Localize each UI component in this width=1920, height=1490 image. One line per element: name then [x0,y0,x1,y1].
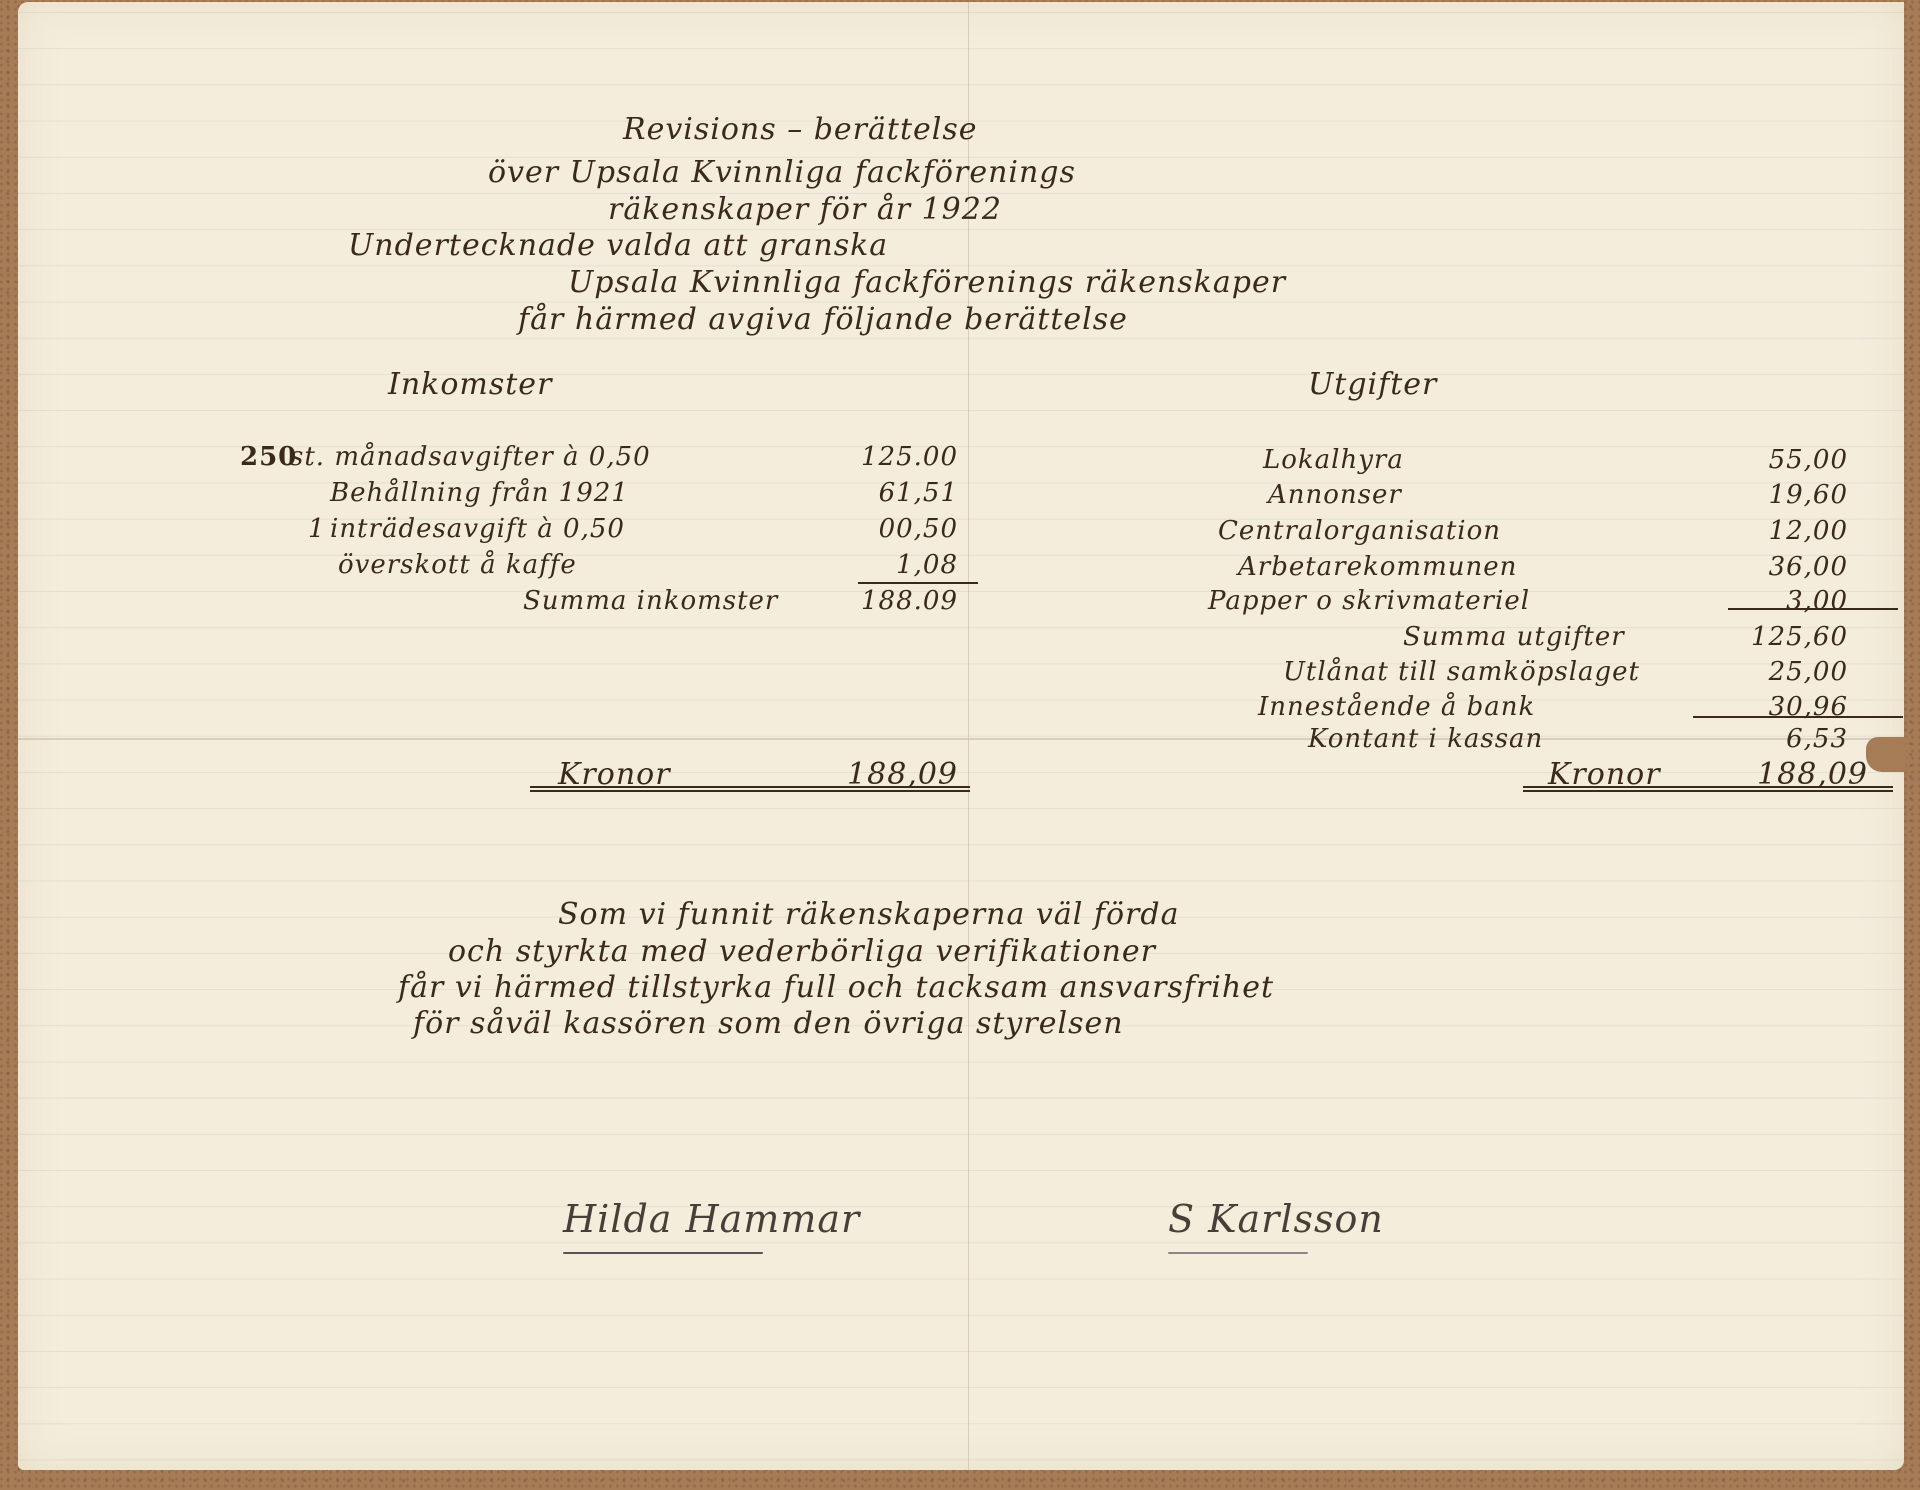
expense-label-1: Annonser [1268,480,1402,510]
expense-amount-4: 3,00 [1708,586,1848,616]
closing-line-4: för såväl kassören som den övriga styrel… [413,1006,1124,1041]
expense-label-2: Centralorganisation [1218,516,1501,546]
income-amount-1: 61,51 [818,478,958,508]
heading-line-3: räkenskaper för år 1922 [608,192,1002,227]
heading-line-6: får härmed avgiva följande berättelse [518,302,1128,337]
bank-rule [1693,716,1903,718]
expense-extra-label-2: Kontant i kassan [1308,724,1543,754]
signature-underline-1 [563,1252,763,1254]
expense-subtotal-rule [1728,608,1898,610]
expense-kronor-double-rule [1523,786,1893,792]
income-prefix-2: 1 [308,514,326,544]
income-amount-2: 00,50 [818,514,958,544]
expense-extra-label-0: Utlånat till samköpslaget [1283,657,1640,687]
heading-line-4: Undertecknade valda att granska [348,228,888,263]
expense-extra-amount-0: 25,00 [1708,657,1848,687]
expense-label-0: Lokalhyra [1263,445,1404,475]
expense-extra-amount-2: 6,53 [1708,724,1848,754]
expense-amount-3: 36,00 [1708,552,1848,582]
income-total-label: Summa inkomster [523,586,778,616]
expense-amount-0: 55,00 [1708,445,1848,475]
income-amount-0: 125.00 [818,442,958,472]
expenses-title: Utgifter [1308,367,1437,402]
closing-line-1: Som vi funnit räkenskaperna väl förda [558,897,1179,932]
expense-total-label: Summa utgifter [1403,622,1625,652]
heading-line-2: över Upsala Kvinnliga fackförenings [488,155,1076,190]
income-label-3: överskott å kaffe [338,550,577,580]
income-amount-3: 1,08 [818,550,958,580]
expense-label-3: Arbetarekommunen [1238,552,1517,582]
income-prefix-0: 250 [240,442,297,472]
torn-edge [1866,737,1906,772]
expense-amount-1: 19,60 [1708,480,1848,510]
income-kronor-double-rule [530,786,970,792]
expense-label-4: Papper o skrivmateriel [1208,586,1530,616]
closing-line-3: får vi härmed tillstyrka full och tacksa… [398,970,1274,1005]
signature-s-karlsson: S Karlsson [1168,1197,1384,1241]
income-label-1: Behållning från 1921 [330,478,629,508]
expense-total-amount: 125,60 [1708,622,1848,652]
horizontal-fold-line [18,738,1904,740]
heading-line-5: Upsala Kvinnliga fackförenings räkenskap… [568,265,1286,300]
income-subtotal-rule [858,582,978,584]
heading-line-1: Revisions – berättelse [623,112,978,147]
signature-underline-2 [1168,1252,1308,1254]
paper-sheet: Revisions – berättelse över Upsala Kvinn… [18,2,1904,1470]
signature-hilda-hammar: Hilda Hammar [563,1197,860,1241]
income-total-amount: 188.09 [818,586,958,616]
expense-amount-2: 12,00 [1708,516,1848,546]
income-label-2: inträdesavgift à 0,50 [330,514,625,544]
closing-line-2: och styrkta med vederbörliga verifikatio… [448,934,1156,969]
income-title: Inkomster [388,367,552,402]
expense-extra-label-1: Innestående å bank [1258,692,1535,722]
income-label-0: st. månadsavgifter à 0,50 [290,442,651,472]
